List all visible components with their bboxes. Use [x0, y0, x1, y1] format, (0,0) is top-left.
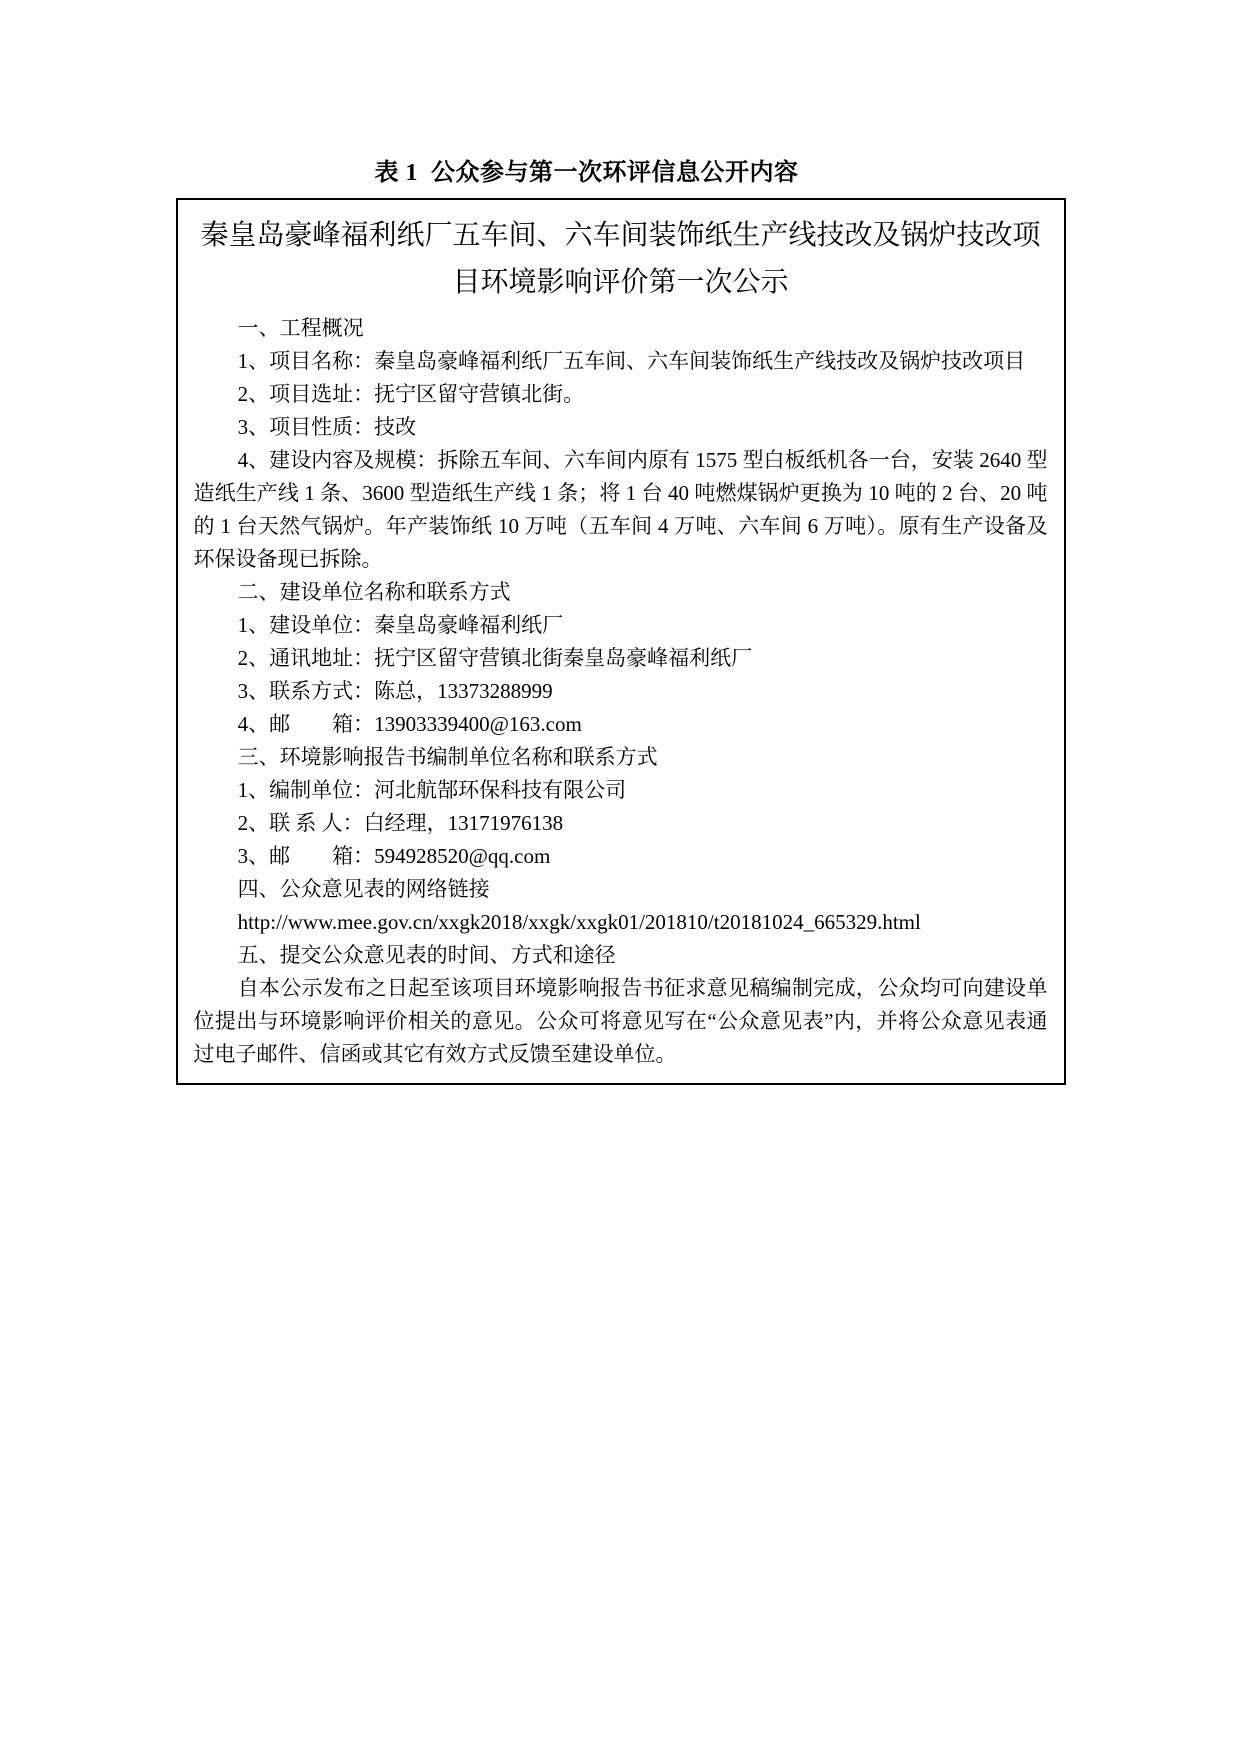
item-preparation-unit: 1、编制单位：河北航郜环保科技有限公司	[194, 774, 1048, 807]
item-preparation-unit-email: 3、邮 箱：594928520@qq.com	[194, 840, 1048, 873]
section-5-heading: 五、提交公众意见表的时间、方式和途径	[194, 939, 1048, 972]
item-mailing-address: 2、通讯地址：抚宁区留守营镇北街秦皇岛豪峰福利纸厂	[194, 642, 1048, 675]
notice-box: 秦皇岛豪峰福利纸厂五车间、六车间装饰纸生产线技改及锅炉技改项 目环境影响评价第一…	[176, 198, 1066, 1085]
section-3-heading: 三、环境影响报告书编制单位名称和联系方式	[194, 741, 1048, 774]
section-2-heading: 二、建设单位名称和联系方式	[194, 576, 1048, 609]
item-construction-unit: 1、建设单位：秦皇岛豪峰福利纸厂	[194, 609, 1048, 642]
public-comment-form-url[interactable]: http://www.mee.gov.cn/xxgk2018/xxgk/xxgk…	[194, 906, 1048, 939]
item-project-name: 1、项目名称：秦皇岛豪峰福利纸厂五车间、六车间装饰纸生产线技改及锅炉技改项目	[194, 345, 1048, 378]
paragraph-submission-instructions: 自本公示发布之日起至该项目环境影响报告书征求意见稿编制完成，公众均可向建设单位提…	[194, 972, 1048, 1071]
item-project-location: 2、项目选址：抚宁区留守营镇北街。	[194, 378, 1048, 411]
item-construction-content-scale: 4、建设内容及规模：拆除五车间、六车间内原有 1575 型白板纸机各一台，安装 …	[194, 444, 1048, 576]
item-project-nature: 3、项目性质：技改	[194, 411, 1048, 444]
section-4-heading: 四、公众意见表的网络链接	[194, 873, 1048, 906]
notice-title: 秦皇岛豪峰福利纸厂五车间、六车间装饰纸生产线技改及锅炉技改项 目环境影响评价第一…	[194, 212, 1048, 306]
document-page: 表 1 公众参与第一次环评信息公开内容 秦皇岛豪峰福利纸厂五车间、六车间装饰纸生…	[0, 0, 1241, 1754]
notice-body: 一、工程概况1、项目名称：秦皇岛豪峰福利纸厂五车间、六车间装饰纸生产线技改及锅炉…	[194, 312, 1048, 1071]
section-1-heading: 一、工程概况	[194, 312, 1048, 345]
item-contact-person: 2、联 系 人：白经理，13171976138	[194, 807, 1048, 840]
item-construction-unit-email: 4、邮 箱：13903339400@163.com	[194, 708, 1048, 741]
table-caption: 表 1 公众参与第一次环评信息公开内容	[0, 0, 1207, 188]
item-contact-method: 3、联系方式：陈总，13373288999	[194, 675, 1048, 708]
notice-title-line-1: 秦皇岛豪峰福利纸厂五车间、六车间装饰纸生产线技改及锅炉技改项	[194, 212, 1048, 259]
notice-title-line-2: 目环境影响评价第一次公示	[194, 259, 1048, 306]
